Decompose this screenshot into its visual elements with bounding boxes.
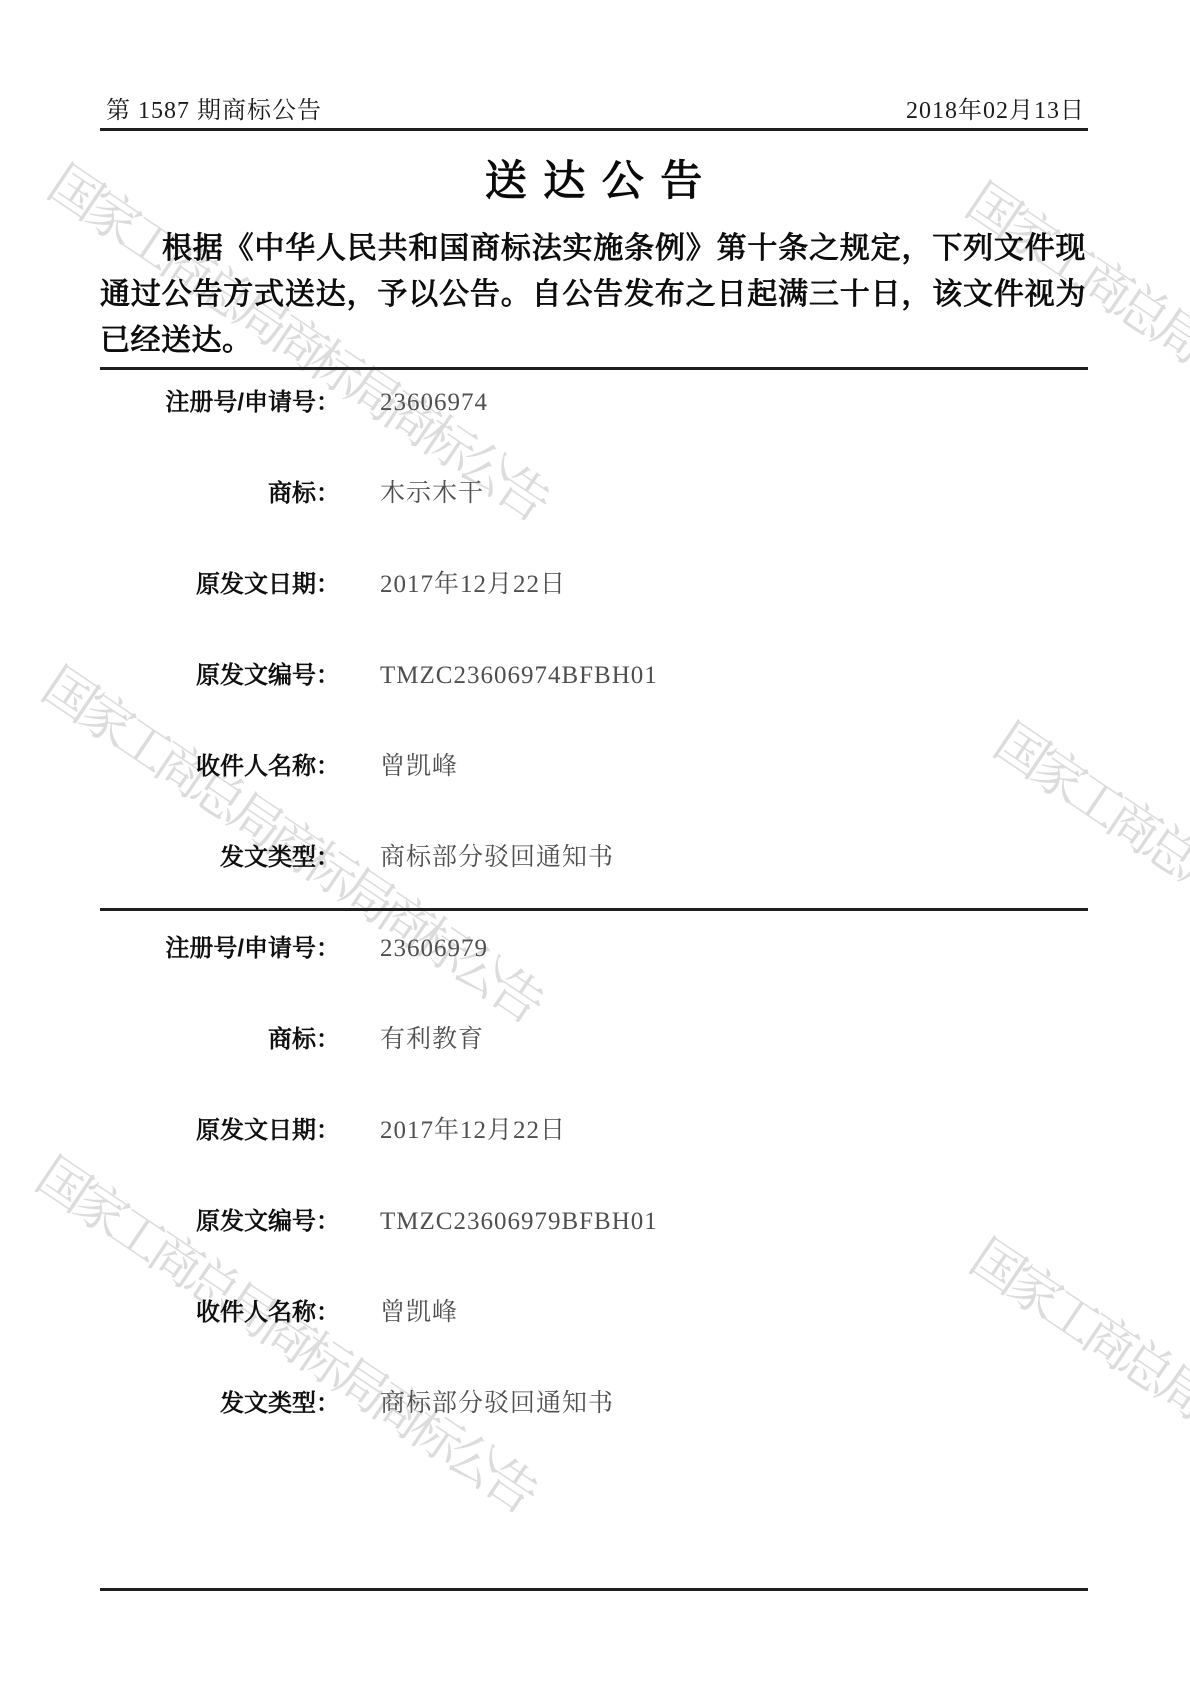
field-row-trademark: 商标： 有利教育 (100, 1024, 1088, 1115)
record-block: 注册号/申请号： 23606979 商标： 有利教育 原发文日期： 2017年1… (100, 933, 1088, 1479)
field-row-original-document-number: 原发文编号： TMZC23606979BFBH01 (100, 1206, 1088, 1297)
field-row-registration-number: 注册号/申请号： 23606979 (100, 933, 1088, 1024)
field-label: 原发文日期： (100, 1115, 340, 1147)
field-label: 注册号/申请号： (100, 387, 340, 419)
field-value: TMZC23606974BFBH01 (380, 660, 658, 692)
field-row-document-type: 发文类型： 商标部分驳回通知书 (100, 842, 1088, 933)
header-date: 2018年02月13日 (906, 90, 1085, 125)
field-label: 商标： (100, 1024, 340, 1056)
field-value: 2017年12月22日 (380, 569, 566, 601)
field-value: 曾凯峰 (380, 1297, 458, 1329)
field-label: 收件人名称： (100, 751, 340, 783)
field-value: 木示木干 (380, 478, 484, 510)
header-issue-number: 第 1587 期商标公告 (106, 90, 322, 125)
record-divider (100, 908, 1088, 911)
field-label: 原发文编号： (100, 660, 340, 692)
header-rule (100, 128, 1088, 131)
field-row-original-issue-date: 原发文日期： 2017年12月22日 (100, 1115, 1088, 1206)
field-row-document-type: 发文类型： 商标部分驳回通知书 (100, 1388, 1088, 1479)
bottom-rule (100, 1588, 1088, 1591)
field-label: 原发文编号： (100, 1206, 340, 1238)
record-divider (100, 367, 1088, 370)
field-value: 23606974 (380, 387, 488, 419)
gazette-page: 国家工商总局商标局商标公告 国家工商总局商标局商标公告 国家工商总局商标局商标公… (0, 0, 1190, 1684)
field-label: 收件人名称： (100, 1297, 340, 1329)
field-value: 商标部分驳回通知书 (380, 842, 614, 874)
field-row-trademark: 商标： 木示木干 (100, 478, 1088, 569)
field-value: 23606979 (380, 933, 488, 965)
field-value: 商标部分驳回通知书 (380, 1388, 614, 1420)
field-value: 有利教育 (380, 1024, 484, 1056)
field-value: 2017年12月22日 (380, 1115, 566, 1147)
field-row-original-issue-date: 原发文日期： 2017年12月22日 (100, 569, 1088, 660)
field-row-recipient-name: 收件人名称： 曾凯峰 (100, 1297, 1088, 1388)
field-label: 发文类型： (100, 842, 340, 874)
field-value: TMZC23606979BFBH01 (380, 1206, 658, 1238)
field-row-original-document-number: 原发文编号： TMZC23606974BFBH01 (100, 660, 1088, 751)
field-label: 注册号/申请号： (100, 933, 340, 965)
field-row-recipient-name: 收件人名称： 曾凯峰 (100, 751, 1088, 842)
record-block: 注册号/申请号： 23606974 商标： 木示木干 原发文日期： 2017年1… (100, 387, 1088, 933)
field-label: 发文类型： (100, 1388, 340, 1420)
field-row-registration-number: 注册号/申请号： 23606974 (100, 387, 1088, 478)
field-label: 商标： (100, 478, 340, 510)
page-title: 送 达 公 告 (0, 148, 1190, 208)
field-label: 原发文日期： (100, 569, 340, 601)
intro-paragraph: 根据《中华人民共和国商标法实施条例》第十条之规定，下列文件现通过公告方式送达，予… (100, 226, 1086, 364)
field-value: 曾凯峰 (380, 751, 458, 783)
